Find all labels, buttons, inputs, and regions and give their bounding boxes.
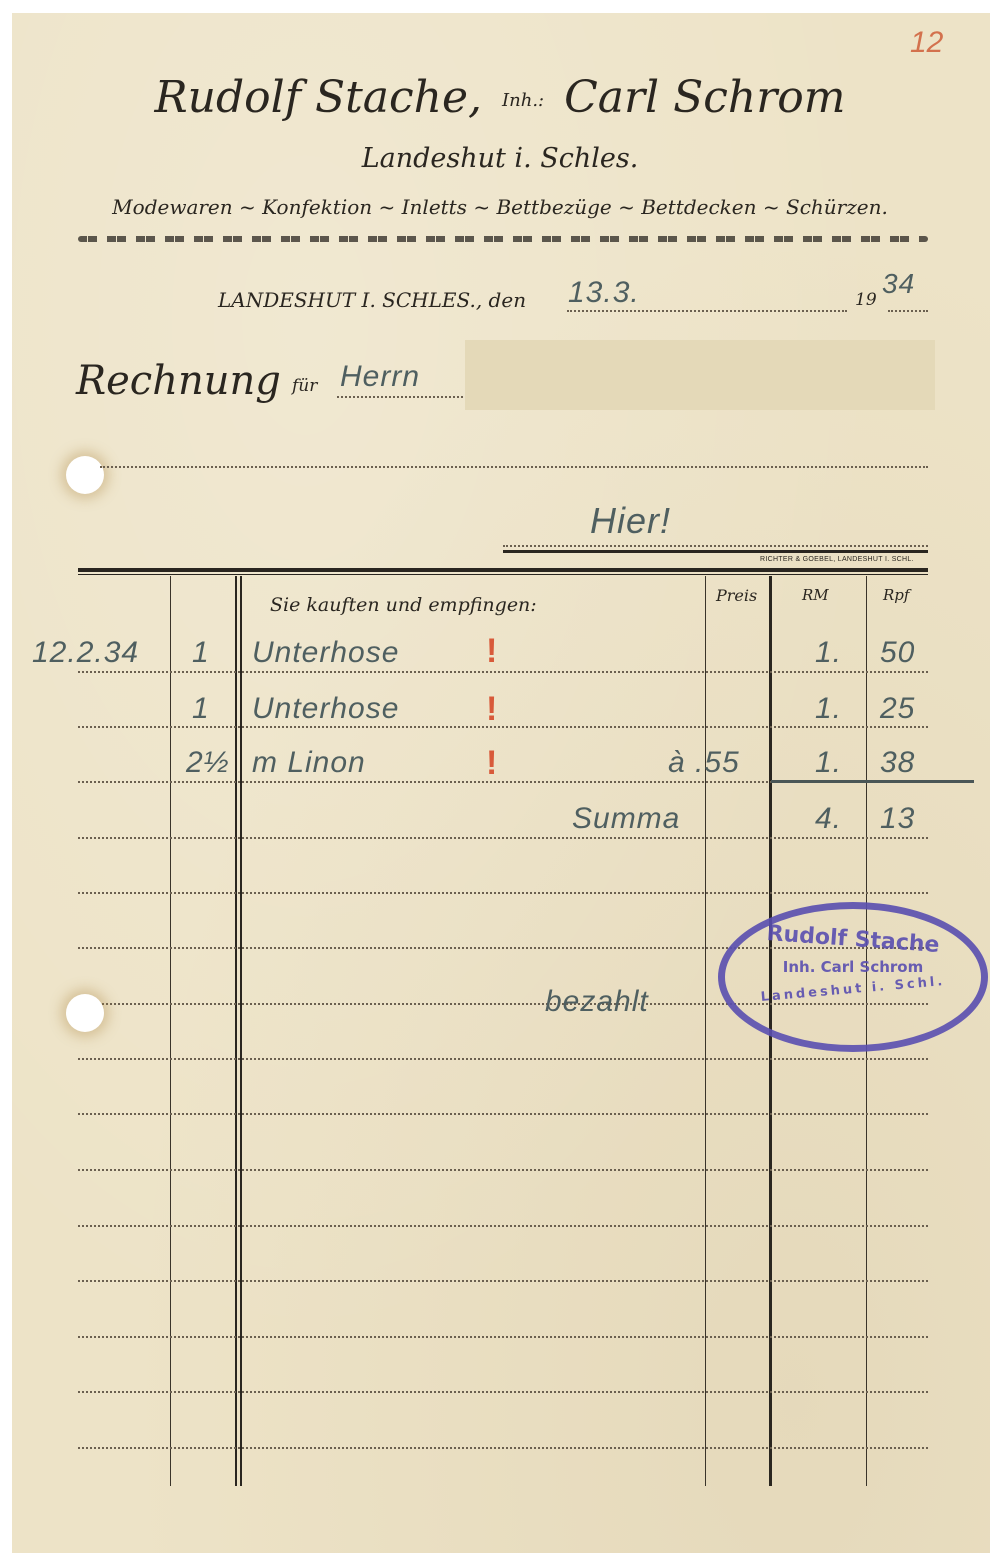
address-dotted-line: [100, 466, 928, 468]
row-rm: 1.: [815, 746, 842, 780]
dateline-place: LANDESHUT I. SCHLES., den: [218, 288, 526, 312]
table-top-rule-thin: [78, 574, 928, 575]
row-line: [78, 671, 928, 673]
column-divider-price: [705, 576, 706, 1486]
row-rpf: 38: [880, 746, 915, 780]
page-number-annotation: 12: [910, 26, 943, 60]
header-rm: RM: [802, 586, 829, 604]
date-handwritten: 13.3.: [568, 276, 640, 310]
row-line: [78, 1280, 928, 1282]
row-item: Unterhose: [252, 692, 399, 726]
total-rpf: 13: [880, 802, 915, 836]
row-qty: 1: [192, 636, 210, 670]
column-divider-qty-right: [240, 576, 242, 1486]
row-check-mark: !: [486, 690, 497, 729]
table-top-rule: [78, 568, 928, 572]
row-item: m Linon: [252, 746, 366, 780]
row-item: Unterhose: [252, 636, 399, 670]
header-rpf: Rpf: [883, 586, 909, 604]
total-rm: 4.: [815, 802, 842, 836]
row-check-mark: !: [486, 744, 497, 783]
column-divider-qty-left: [235, 576, 237, 1486]
stamp-line-1: Rudolf Stache: [724, 918, 981, 961]
for-label: für: [292, 376, 317, 396]
row-price: à .55: [668, 746, 740, 780]
row-line: [78, 892, 928, 894]
row-line: [78, 1225, 928, 1227]
ornamental-border: [78, 236, 928, 242]
punch-hole: [66, 994, 104, 1032]
row-check-mark: !: [486, 632, 497, 671]
date-dotted-line: [567, 310, 847, 312]
salutation-handwritten: Herrn: [340, 360, 420, 394]
row-qty: 2½: [186, 746, 230, 780]
redacted-recipient-name: [465, 340, 935, 410]
row-line: [78, 726, 928, 728]
row-rm: 1.: [815, 692, 842, 726]
year-handwritten: 34: [882, 268, 915, 300]
row-line: [78, 1391, 928, 1393]
row-date: 12.2.34: [32, 636, 139, 670]
row-rpf: 25: [880, 692, 915, 726]
address-rule: [503, 550, 928, 553]
printer-imprint: RICHTER & GOEBEL, LANDESHUT I. SCHL.: [760, 556, 914, 563]
row-rpf: 50: [880, 636, 915, 670]
invoice-paper: [12, 13, 990, 1553]
column-divider-date: [170, 576, 171, 1486]
company-stamp: Rudolf Stache Inh. Carl Schrom Landeshut…: [718, 902, 988, 1052]
year-prefix: 19: [855, 290, 877, 310]
paid-note-handwritten: bezahlt: [545, 985, 649, 1019]
header-description: Sie kauften und empfingen:: [270, 594, 537, 616]
total-label: Summa: [572, 802, 680, 836]
letterhead-products: Modewaren ~ Konfektion ~ Inletts ~ Bettb…: [0, 195, 1000, 219]
letterhead-location: Landeshut i. Schles.: [0, 143, 1000, 174]
row-line: [78, 837, 928, 839]
stamp-line-3: Landeshut i. Schl.: [725, 971, 981, 1008]
company-name: Rudolf Stache,: [155, 72, 483, 123]
row-rm: 1.: [815, 636, 842, 670]
address-dotted-line-2: [503, 545, 928, 547]
owner-prefix: Inh.:: [502, 90, 544, 111]
row-line: [78, 1336, 928, 1338]
row-line: [78, 1113, 928, 1115]
invoice-heading: Rechnung: [76, 358, 281, 404]
address-handwritten: Hier!: [590, 500, 671, 542]
letterhead-title: Rudolf Stache, Inh.: Carl Schrom: [0, 72, 1000, 123]
header-price: Preis: [716, 586, 757, 605]
row-qty: 1: [192, 692, 210, 726]
punch-hole: [66, 456, 104, 494]
row-line: [78, 1058, 928, 1060]
sum-underline: [771, 780, 974, 783]
row-line: [78, 1447, 928, 1449]
recipient-dotted-line: [337, 396, 467, 398]
year-dotted-line: [888, 310, 928, 312]
owner-name: Carl Schrom: [564, 72, 845, 123]
row-line: [78, 1169, 928, 1171]
